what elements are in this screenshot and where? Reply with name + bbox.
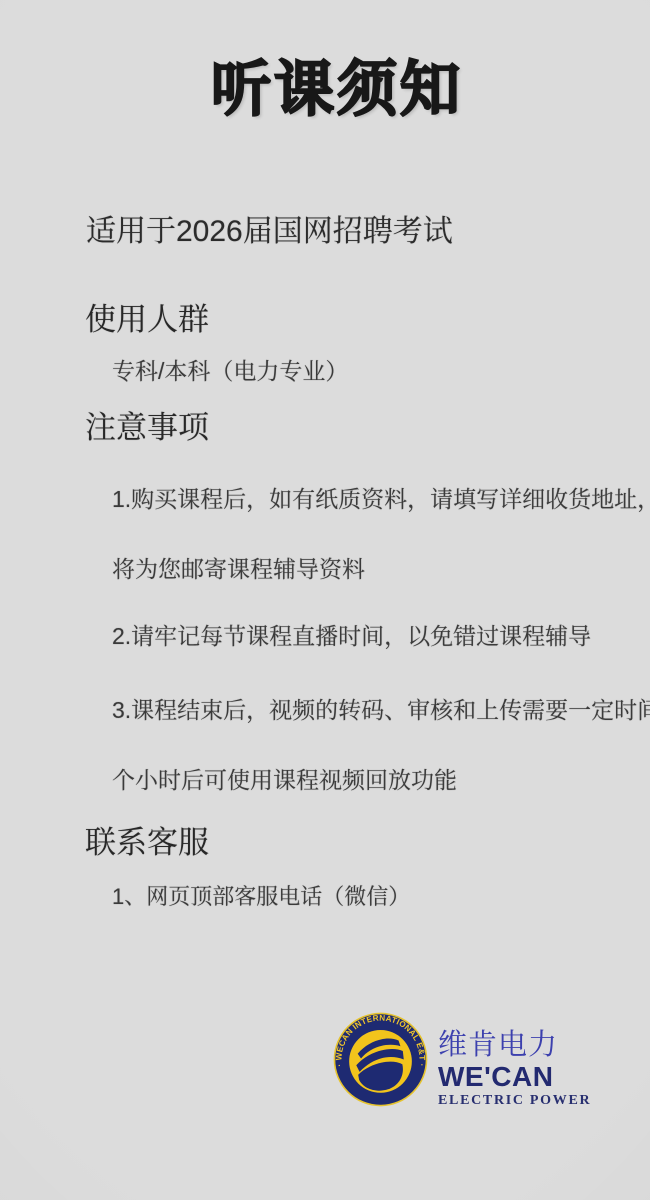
brand-logo: 维肯电力 WE'CAN ELECTRIC POWER — [438, 1031, 591, 1108]
note-line: 1.购买课程后，如有纸质资料，请填写详细收货地址，我们 — [112, 481, 650, 514]
contact-item: 1、网页顶部客服电话（微信） — [112, 880, 410, 911]
page-title: 听课须知 — [12, 56, 650, 124]
audience-item: 专科/本科（电力专业） — [112, 353, 348, 386]
note-line: 个小时后可使用课程视频回放功能 — [112, 762, 457, 795]
section-heading-contact: 联系客服 — [85, 817, 209, 862]
note-line: 2.请牢记每节课程直播时间，以免错过课程辅导 — [112, 618, 591, 651]
brand-cn-name: 维肯电力 — [438, 1031, 591, 1060]
section-heading-notes: 注意事项 — [85, 402, 209, 447]
note-line: 3.课程结束后，视频的转码、审核和上传需要一定时间，约2 — [112, 692, 650, 725]
brand-en-subtitle: ELECTRIC POWER — [438, 1094, 591, 1108]
section-heading-audience: 使用人群 — [85, 294, 209, 339]
notice-page: 听课须知 适用于2026届国网招聘考试 使用人群 专科/本科（电力专业） 注意事… — [0, 0, 650, 1200]
note-line: 将为您邮寄课程辅导资料 — [112, 551, 365, 584]
brand-en-name: WE'CAN — [438, 1063, 591, 1091]
wecan-badge-icon: · WECAN INTERNATIONAL E&T · — [333, 1012, 428, 1107]
intro-text: 适用于2026届国网招聘考试 — [86, 206, 453, 250]
